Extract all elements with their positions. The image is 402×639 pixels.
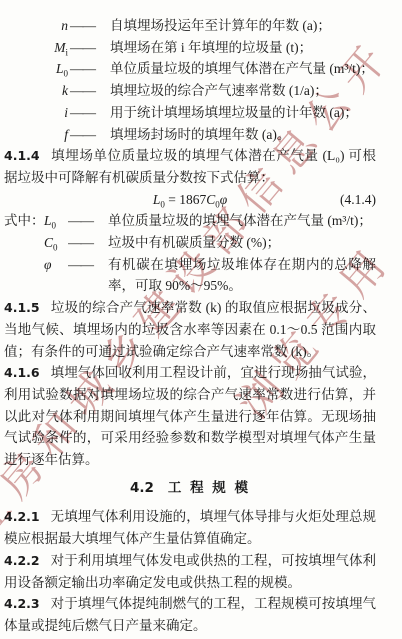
variable-symbol: n (4, 15, 68, 37)
variable-symbol: i (4, 102, 68, 124)
clause-4-2-1: 4.2.1无填埋气体利用设施的，填埋气体导排与火炬处理总规模应根据最大填埋气体产… (4, 506, 376, 549)
definition-text: 有机碳在填埋场垃圾堆体存在期内的总降解率，可取 90%～95%。 (108, 254, 376, 297)
definition-row: n —— 自填埋场投运年至计算年的年数 (a)； (4, 15, 376, 37)
definition-text: 垃圾中有机碳质量分数 (%)； (108, 232, 376, 254)
definition-dash: —— (68, 58, 110, 80)
formula-where-list: 式中： L0 —— 单位质量垃圾的填埋气体潜在产气量 (m³/t)； C0 ——… (4, 210, 376, 297)
variable-letter: L (44, 213, 52, 228)
definition-text: 自填埋场投运年至计算年的年数 (a)； (110, 15, 376, 37)
variable-letter: φ (44, 257, 51, 272)
clause-text: 填埋气体回收利用工程设计前，宜进行现场抽气试验，利用试验数据对填埋场垃圾的综合产… (4, 365, 376, 467)
document-page: n —— 自填埋场投运年至计算年的年数 (a)； Mi —— 填埋场在第 i 年… (0, 0, 402, 639)
page-content: n —— 自填埋场投运年至计算年的年数 (a)； Mi —— 填埋场在第 i 年… (0, 0, 402, 637)
variable-subscript: 0 (53, 243, 58, 253)
definition-row: Mi —— 填埋场在第 i 年填埋的垃圾量 (t)； (4, 37, 376, 59)
definition-text: 填埋垃圾的综合产气速率常数 (1/a)； (110, 80, 376, 102)
formula-var-c: C (206, 192, 215, 207)
definition-text: 用于统计填埋场填埋垃圾量的计年数 (a)； (110, 102, 376, 124)
equals-sign: = (165, 192, 179, 207)
definition-row: f —— 填埋场封场时的填埋年数 (a)。 (4, 124, 376, 146)
clause-4-1-4: 4.1.4填埋场单位质量垃圾的填埋气体潜在产气量 (L₀) 可根据垃圾中可降解有… (4, 145, 376, 188)
clause-text: 对于利用填埋气体发电或供热的工程，可按填埋气体利用设备额定输出功率确定发电或供热… (4, 553, 376, 590)
spacer (4, 232, 44, 254)
section-number: 4.2 (130, 480, 154, 496)
variable-symbol: φ (44, 254, 68, 297)
clause-4-1-6: 4.1.6填埋气体回收利用工程设计前，宜进行现场抽气试验，利用试验数据对填埋场垃… (4, 362, 376, 471)
clause-number: 4.1.5 (4, 300, 40, 315)
equation-number: (4.1.4) (340, 189, 376, 211)
clause-text: 无填埋气体利用设施的，填埋气体导排与火炬处理总规模应根据最大填埋气体产生量估算值… (4, 509, 376, 546)
clause-number: 4.1.6 (4, 365, 40, 380)
clause-text: 垃圾的综合产气速率常数 (k) 的取值应根据垃圾成分、当地气候、填埋场内的垃圾含… (4, 300, 376, 358)
definition-row: k —— 填埋垃圾的综合产气速率常数 (1/a)； (4, 80, 376, 102)
variable-symbol: C0 (44, 232, 68, 254)
variable-definitions: n —— 自填埋场投运年至计算年的年数 (a)； Mi —— 填埋场在第 i 年… (4, 15, 376, 145)
variable-symbol: f (4, 124, 68, 146)
section-heading: 4.2工 程 规 模 (4, 478, 376, 500)
definition-dash: —— (68, 15, 110, 37)
variable-symbol: k (4, 80, 68, 102)
clause-4-2-2: 4.2.2对于利用填埋气体发电或供热的工程，可按填埋气体利用设备额定输出功率确定… (4, 550, 376, 593)
formula-var-phi: φ (220, 192, 227, 207)
variable-symbol: Mi (4, 37, 68, 59)
definition-text: 单位质量垃圾的填埋气体潜在产气量 (m³/t)； (108, 210, 376, 232)
definition-row: L0 —— 单位质量垃圾的填埋气体潜在产气量 (m³/t)； (4, 58, 376, 80)
definition-dash: —— (68, 210, 108, 232)
where-label: 式中： (4, 210, 44, 232)
spacer (4, 254, 44, 297)
clause-4-1-5: 4.1.5垃圾的综合产气速率常数 (k) 的取值应根据垃圾成分、当地气候、填埋场… (4, 297, 376, 362)
clause-number: 4.2.1 (4, 509, 40, 524)
variable-symbol: L0 (44, 210, 68, 232)
definition-dash: —— (68, 80, 110, 102)
definition-text: 填埋场在第 i 年填埋的垃圾量 (t)； (110, 37, 376, 59)
clause-text: 对于填埋气体提纯制燃气的工程，工程规模可按填埋气体量或提纯后燃气日产量来确定。 (4, 596, 376, 633)
clause-number: 4.2.2 (4, 553, 40, 568)
variable-letter: n (61, 18, 68, 33)
definition-dash: —— (68, 102, 110, 124)
formula-coefficient: 1867 (179, 192, 206, 207)
variable-subscript: 0 (52, 221, 57, 231)
variable-symbol: L0 (4, 58, 68, 80)
definition-text: 填埋场封场时的填埋年数 (a)。 (110, 124, 376, 146)
definition-row: i —— 用于统计填埋场填埋垃圾量的计年数 (a)； (4, 102, 376, 124)
clause-number: 4.1.4 (4, 148, 40, 163)
variable-letter: L (56, 61, 64, 76)
definition-dash: —— (68, 37, 110, 59)
section-title: 工 程 规 模 (168, 480, 250, 496)
definition-dash: —— (68, 232, 108, 254)
clause-4-2-3: 4.2.3对于填埋气体提纯制燃气的工程，工程规模可按填埋气体量或提纯后燃气日产量… (4, 593, 376, 636)
definition-text: 单位质量垃圾的填埋气体潜在产气量 (m³/t)； (110, 58, 376, 80)
clause-number: 4.2.3 (4, 596, 40, 611)
definition-dash: —— (68, 254, 108, 297)
clause-text: 填埋场单位质量垃圾的填埋气体潜在产气量 (L₀) 可根据垃圾中可降解有机碳质量分… (4, 148, 376, 185)
definition-dash: —— (68, 124, 110, 146)
formula-expression: L0 = 1867C0φ (153, 192, 227, 207)
formula-row: L0 = 1867C0φ (4.1.4) (4, 189, 376, 211)
variable-letter: M (54, 40, 65, 55)
variable-letter: C (44, 235, 53, 250)
